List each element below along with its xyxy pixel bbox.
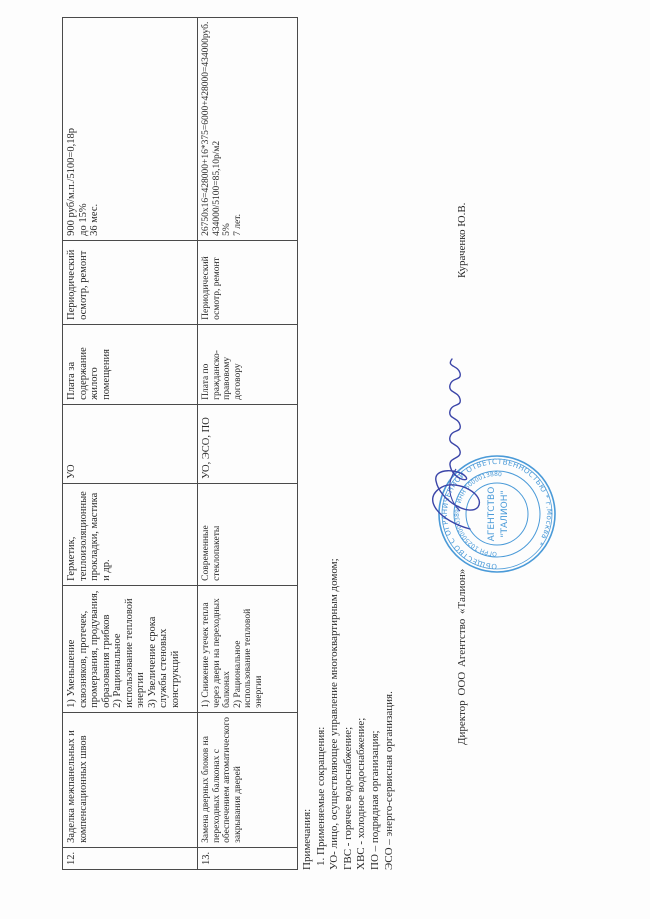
abbreviation: УО- лицо, осуществляющее управление мног… bbox=[328, 558, 342, 870]
cell-purpose: 1) Снижение утечек тепла через двери на … bbox=[198, 585, 298, 712]
handwritten-signature-icon bbox=[400, 349, 510, 539]
director-title: Директор ООО Агентство «Талион» bbox=[456, 569, 468, 745]
cell-calculation: 26750х16=428000+16*375=6000+428000=43400… bbox=[198, 17, 298, 240]
measures-table: 12. Заделка межпанельных и компенсационн… bbox=[62, 17, 298, 870]
abbreviation: ПО – подрядная организация; bbox=[369, 558, 383, 870]
signer-name: Кураченко Ю.В. bbox=[456, 203, 468, 278]
cell-materials: Герметик, теплоизоляционные прокладки, м… bbox=[63, 483, 198, 585]
notes-item: 1. Применяемые сокращения: bbox=[315, 558, 329, 870]
cell-measure-name: Заделка межпанельных и компенсационных ш… bbox=[63, 712, 198, 847]
cell-materials: Современные стеклопакеты bbox=[198, 483, 298, 585]
abbreviation: ГВС - горячее водоснабжение; bbox=[342, 558, 356, 870]
notes-heading: Примечания: bbox=[301, 558, 315, 870]
cell-executor: УО bbox=[63, 404, 198, 483]
cell-control: Периодический осмотр, ремонт bbox=[198, 240, 298, 324]
cell-calculation: 900 руб/м.п./5100=0,18р до 15% 36 мес. bbox=[63, 17, 198, 240]
table-row: 12. Заделка межпанельных и компенсационн… bbox=[63, 17, 198, 869]
cell-control: Периодический осмотр, ремонт bbox=[63, 240, 198, 324]
cell-number: 13. bbox=[198, 847, 298, 869]
cell-purpose: 1) Уменьшение сквозняков, протечек, пром… bbox=[63, 585, 198, 712]
cell-measure-name: Замена дверных блоков на переходных балк… bbox=[198, 712, 298, 847]
document-page: 12. Заделка межпанельных и компенсационн… bbox=[0, 0, 650, 919]
abbreviation: ЭСО – энерго-сервисная организация. bbox=[383, 558, 397, 870]
cell-number: 12. bbox=[63, 847, 198, 869]
table-row: 13. Замена дверных блоков на переходных … bbox=[198, 17, 298, 869]
abbreviation: ХВС - холодное водоснабжение; bbox=[355, 558, 369, 870]
cell-executor: УО, ЭСО, ПО bbox=[198, 404, 298, 483]
cell-funding-source: Плата за содержание жилого помещения bbox=[63, 324, 198, 404]
cell-funding-source: Плата по гражданско-правовому договору bbox=[198, 324, 298, 404]
notes-section: Примечания: 1. Применяемые сокращения: У… bbox=[301, 558, 396, 870]
